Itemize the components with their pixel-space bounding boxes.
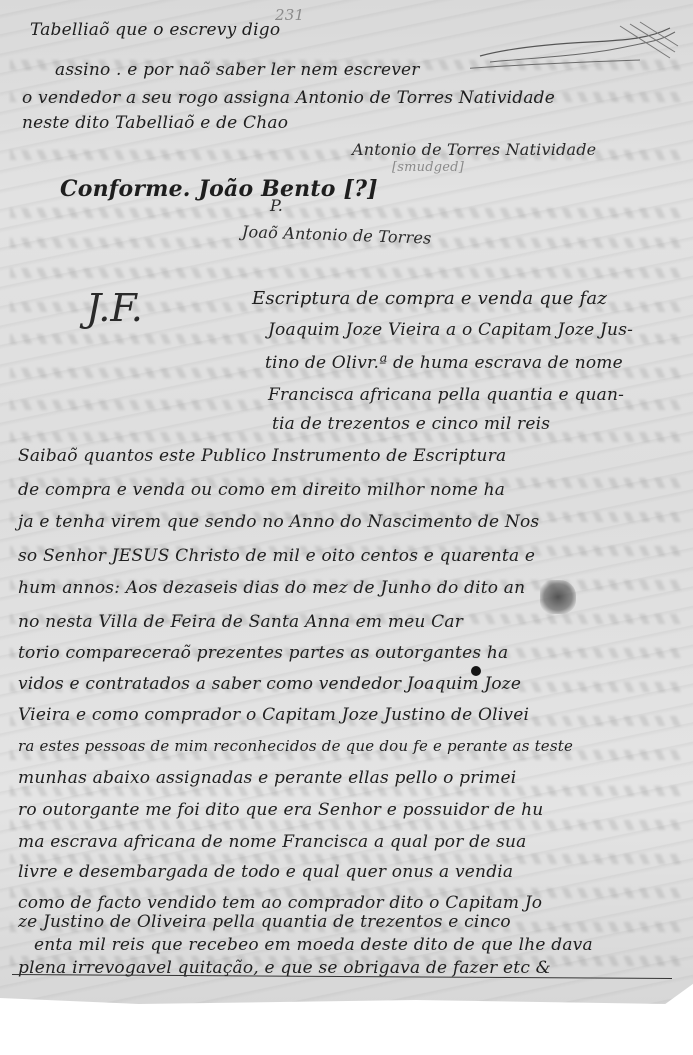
body-line-13: ma escrava africana de nome Francisca a … — [18, 832, 527, 852]
body-line-4: so Senhor JESUS Christo de mil e oito ce… — [18, 546, 535, 566]
ink-dot — [471, 666, 481, 676]
bleed-through-line — [10, 208, 683, 218]
body-line-10: ra estes pessoas de mim reconhecidos de … — [18, 737, 573, 755]
body-line-8: vidos e contratados a saber como vendedo… — [18, 674, 521, 694]
signature-prefix: P. — [270, 196, 283, 215]
body-line-6: no nesta Villa de Feira de Santa Anna em… — [18, 612, 463, 632]
opening-line-4: neste dito Tabelliaõ e de Chao — [22, 113, 288, 133]
signature-smudged: [smudged] — [392, 160, 464, 175]
opening-line-2: assino . e por naõ saber ler nem escreve… — [55, 60, 420, 80]
margin-initials: J.F. — [86, 286, 143, 330]
body-line-15: como de facto vendido tem ao comprador d… — [18, 893, 542, 913]
bleed-through-line — [10, 820, 683, 830]
heading-line-3: tino de Olivr.ª de huma escrava de nome — [265, 353, 623, 373]
body-line-16: ze Justino de Oliveira pella quantia de … — [18, 912, 511, 932]
scanned-manuscript-page: 231 Tabelliaõ que o escrevy digo assino … — [0, 0, 693, 1055]
ink-blot — [540, 580, 576, 614]
signature-conforme: Conforme. João Bento [?] — [60, 176, 378, 202]
struck-annotation-icon — [470, 18, 680, 78]
heading-line-4: Francisca africana pella quantia e quan- — [268, 385, 624, 405]
opening-line-1: Tabelliaõ que o escrevy digo — [30, 20, 280, 40]
body-line-2: de compra e venda ou como em direito mil… — [18, 480, 505, 500]
body-line-3: ja e tenha virem que sendo no Anno do Na… — [18, 512, 539, 532]
body-line-7: torio compareceraõ prezentes partes as o… — [18, 643, 508, 663]
opening-line-3: o vendedor a seu rogo assigna Antonio de… — [22, 88, 555, 108]
body-line-17: enta mil reis que recebeo em moeda deste… — [34, 935, 593, 955]
signature-antonio-de-torres: Antonio de Torres Natividade — [352, 140, 596, 159]
body-line-12: ro outorgante me foi dito que era Senhor… — [18, 800, 543, 820]
heading-line-5: tia de trezentos e cinco mil reis — [272, 414, 550, 434]
body-line-11: munhas abaixo assignadas e perante ellas… — [18, 768, 516, 788]
body-line-5: hum annos: Aos dezaseis dias do mez de J… — [18, 578, 525, 598]
heading-line-1: Escriptura de compra e venda que faz — [252, 288, 607, 309]
heading-line-2: Joaquim Joze Vieira a o Capitam Joze Jus… — [268, 320, 633, 340]
bleed-through-line — [10, 268, 683, 278]
body-line-14: livre e desembargada de todo e qual quer… — [18, 862, 513, 882]
body-line-9: Vieira e como comprador o Capitam Joze J… — [18, 705, 529, 725]
body-line-1: Saibaõ quantos este Publico Instrumento … — [18, 446, 506, 466]
